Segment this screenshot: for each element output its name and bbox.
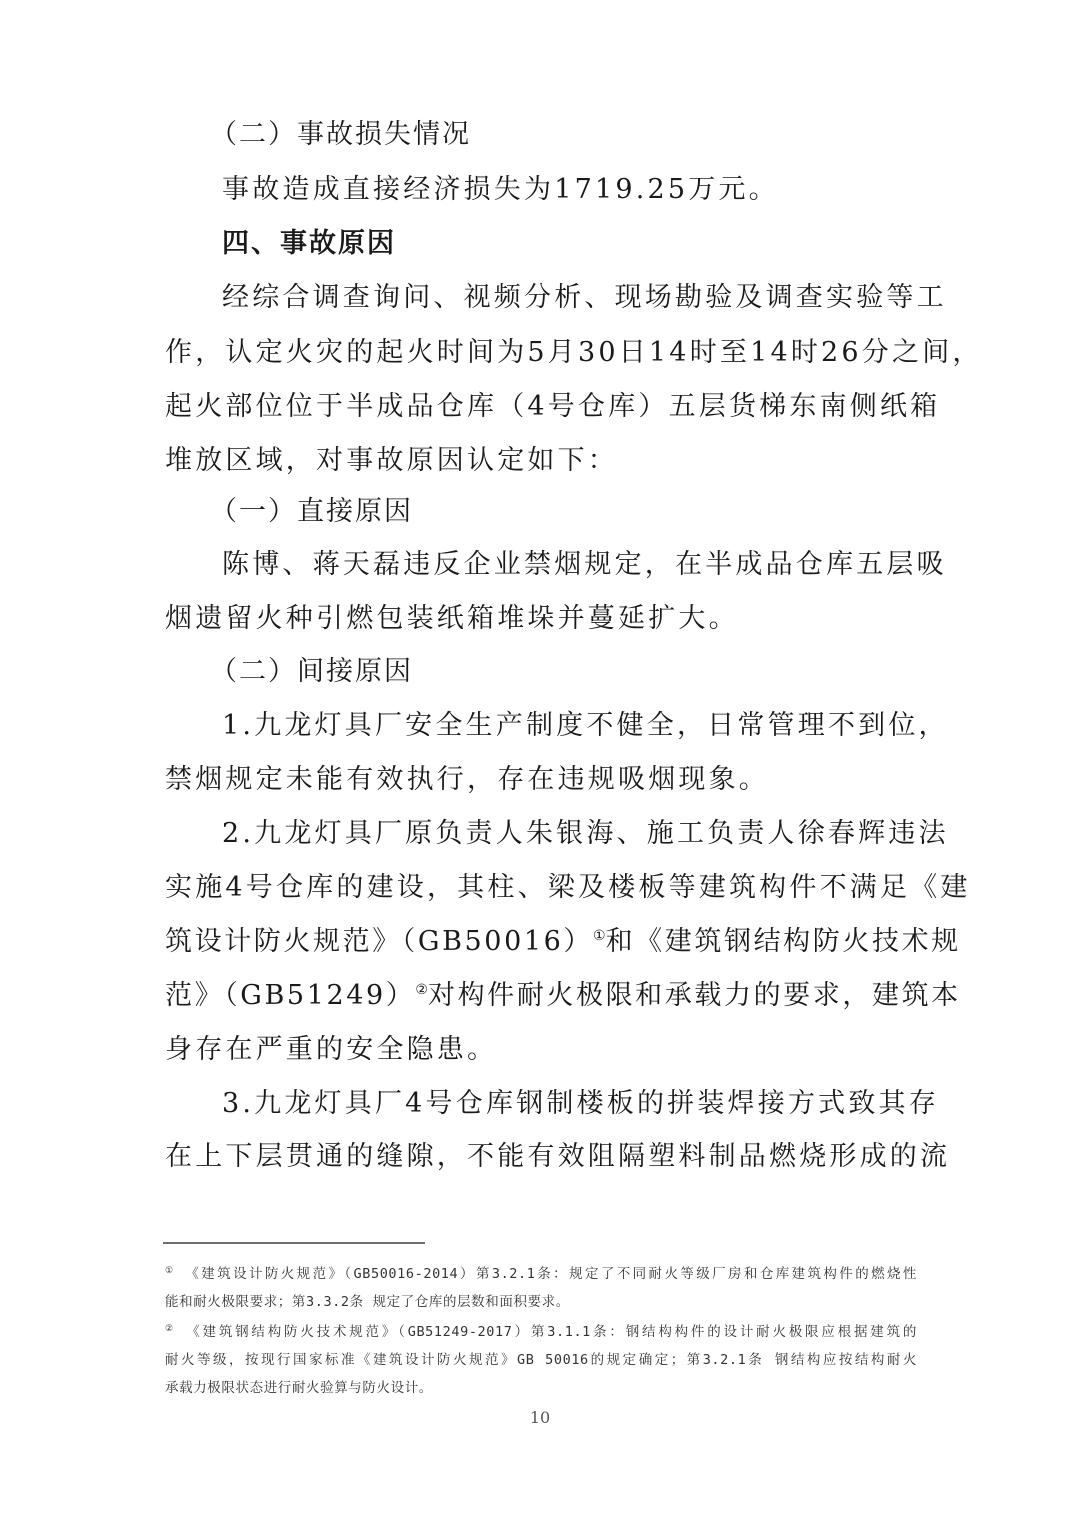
- paragraph-line: 在上下层贯通的缝隙，不能有效阻隔塑料制品燃烧形成的流: [165, 1140, 917, 1174]
- subheading-direct: （一）直接原因: [210, 495, 962, 529]
- paragraph-line: 筑设计防火规范》（GB50016）①和《建筑钢结构防火技术规: [165, 925, 917, 959]
- paragraph-line: 起火部位位于半成品仓库（4号仓库）五层货梯东南侧纸箱: [165, 390, 917, 424]
- paragraph-line: 堆放区域，对事故原因认定如下：: [165, 444, 917, 478]
- paragraph-line: 2.九龙灯具厂原负责人朱银海、施工负责人徐春辉违法: [222, 817, 917, 851]
- paragraph-line: 身存在严重的安全隐患。: [165, 1033, 917, 1067]
- text-run: 筑设计防火规范》（GB50016）: [165, 926, 593, 957]
- paragraph-line: 实施4号仓库的建设，其柱、梁及楼板等建筑构件不满足《建: [165, 871, 917, 905]
- page-number: 10: [0, 1408, 1080, 1427]
- paragraph-loss: 事故造成直接经济损失为1719.25万元。: [222, 173, 917, 207]
- paragraph-line: 作，认定火灾的起火时间为5月30日14时至14时26分之间，: [165, 336, 917, 370]
- paragraph-line: 经综合调查询问、视频分析、现场勘验及调查实验等工: [222, 281, 917, 315]
- paragraph-line: 陈博、蒋天磊违反企业禁烟规定，在半成品仓库五层吸: [222, 548, 917, 582]
- heading-cause: 四、事故原因: [222, 227, 917, 261]
- footnote-ref-2[interactable]: ②: [415, 982, 428, 998]
- subheading-loss: （二）事故损失情况: [210, 118, 962, 152]
- footnote-mark: ②: [165, 1324, 175, 1334]
- footnote-text: 《建筑钢结构防火技术规范》（GB51249-2017）第3.1.1条：钢结构构件…: [186, 1324, 917, 1340]
- paragraph-line: 1.九龙灯具厂安全生产制度不健全，日常管理不到位，: [222, 709, 917, 743]
- paragraph-line: 烟遗留火种引燃包装纸箱堆垛并蔓延扩大。: [165, 602, 917, 636]
- footnote-ref-1[interactable]: ①: [593, 928, 606, 944]
- paragraph-line: 范》（GB51249）②对构件耐火极限和承载力的要求，建筑本: [165, 979, 917, 1013]
- footnote-2: ② 《建筑钢结构防火技术规范》（GB51249-2017）第3.1.1条：钢结构…: [165, 1322, 917, 1342]
- document-page: （二）事故损失情况 事故造成直接经济损失为1719.25万元。 四、事故原因 经…: [0, 0, 1080, 1527]
- footnote-1-line-2: 能和耐火极限要求；第3.3.2条 规定了仓库的层数和面积要求。: [165, 1292, 917, 1312]
- footnote-2-line-3: 承载力极限状态进行耐火验算与防火设计。: [165, 1378, 917, 1398]
- subheading-indirect: （二）间接原因: [210, 655, 962, 689]
- footnote-2-line-2: 耐火等级，按现行国家标准《建筑设计防火规范》GB 50016的规定确定；第3.2…: [165, 1350, 917, 1370]
- footnote-text: 《建筑设计防火规范》（GB50016-2014）第3.2.1条：规定了不同耐火等…: [185, 1266, 917, 1282]
- text-run: 范》（GB51249）: [165, 980, 415, 1011]
- footnote-mark: ①: [165, 1266, 175, 1276]
- footnote-divider: [163, 1242, 425, 1244]
- paragraph-line: 3.九龙灯具厂4号仓库钢制楼板的拼装焊接方式致其存: [222, 1087, 917, 1121]
- text-run: 对构件耐火极限和承载力的要求，建筑本: [428, 980, 961, 1011]
- paragraph-line: 禁烟规定未能有效执行，存在违规吸烟现象。: [165, 763, 917, 797]
- text-run: 和《建筑钢结构防火技术规: [606, 926, 961, 957]
- footnote-1: ① 《建筑设计防火规范》（GB50016-2014）第3.2.1条：规定了不同耐…: [165, 1264, 917, 1284]
